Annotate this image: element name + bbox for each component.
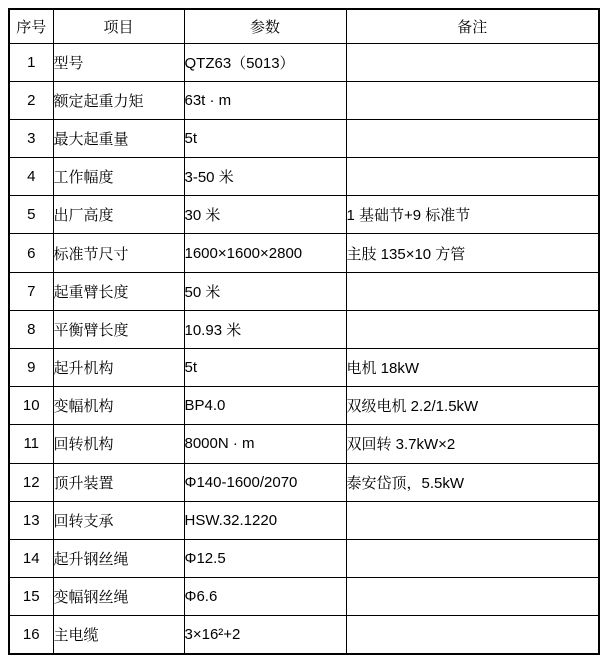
spec-table-container: 序号 项目 参数 备注 1 型号 QTZ63（5013） 2 额定起重力矩 63…: [8, 8, 600, 655]
cell-item: 型号: [53, 43, 184, 81]
cell-note: [346, 119, 599, 157]
cell-note: 双回转 3.7kW×2: [346, 425, 599, 463]
cell-serial: 2: [9, 81, 53, 119]
header-row: 序号 项目 参数 备注: [9, 9, 599, 43]
cell-note: 主肢 135×10 方管: [346, 234, 599, 272]
cell-serial: 8: [9, 310, 53, 348]
cell-item: 标准节尺寸: [53, 234, 184, 272]
cell-param: 3-50 米: [184, 158, 346, 196]
table-row: 7 起重臂长度 50 米: [9, 272, 599, 310]
cell-param: 5t: [184, 119, 346, 157]
cell-param: QTZ63（5013）: [184, 43, 346, 81]
col-header-note: 备注: [346, 9, 599, 43]
cell-serial: 12: [9, 463, 53, 501]
cell-param: 8000N · m: [184, 425, 346, 463]
table-row: 12 顶升装置 Φ140-1600/2070 泰安岱顶，5.5kW: [9, 463, 599, 501]
cell-note: 电机 18kW: [346, 349, 599, 387]
cell-item: 回转机构: [53, 425, 184, 463]
cell-serial: 1: [9, 43, 53, 81]
cell-param: 30 米: [184, 196, 346, 234]
table-row: 15 变幅钢丝绳 Φ6.6: [9, 578, 599, 616]
cell-note: [346, 501, 599, 539]
cell-serial: 13: [9, 501, 53, 539]
cell-item: 顶升装置: [53, 463, 184, 501]
table-row: 4 工作幅度 3-50 米: [9, 158, 599, 196]
cell-item: 变幅钢丝绳: [53, 578, 184, 616]
cell-note: [346, 81, 599, 119]
cell-param: HSW.32.1220: [184, 501, 346, 539]
table-row: 1 型号 QTZ63（5013）: [9, 43, 599, 81]
cell-param: Φ12.5: [184, 539, 346, 577]
cell-serial: 7: [9, 272, 53, 310]
cell-note: [346, 539, 599, 577]
cell-param: 10.93 米: [184, 310, 346, 348]
cell-serial: 4: [9, 158, 53, 196]
cell-note: [346, 310, 599, 348]
col-header-param: 参数: [184, 9, 346, 43]
cell-note: [346, 578, 599, 616]
table-row: 13 回转支承 HSW.32.1220: [9, 501, 599, 539]
table-body: 1 型号 QTZ63（5013） 2 额定起重力矩 63t · m 3 最大起重…: [9, 43, 599, 654]
table-row: 11 回转机构 8000N · m 双回转 3.7kW×2: [9, 425, 599, 463]
cell-item: 起重臂长度: [53, 272, 184, 310]
cell-serial: 6: [9, 234, 53, 272]
cell-serial: 10: [9, 387, 53, 425]
cell-param: 63t · m: [184, 81, 346, 119]
cell-param: BP4.0: [184, 387, 346, 425]
cell-serial: 15: [9, 578, 53, 616]
table-row: 14 起升钢丝绳 Φ12.5: [9, 539, 599, 577]
table-row: 3 最大起重量 5t: [9, 119, 599, 157]
cell-param: 5t: [184, 349, 346, 387]
cell-note: [346, 43, 599, 81]
table-row: 10 变幅机构 BP4.0 双级电机 2.2/1.5kW: [9, 387, 599, 425]
table-row: 2 额定起重力矩 63t · m: [9, 81, 599, 119]
col-header-item: 项目: [53, 9, 184, 43]
spec-table: 序号 项目 参数 备注 1 型号 QTZ63（5013） 2 额定起重力矩 63…: [8, 8, 600, 655]
cell-serial: 9: [9, 349, 53, 387]
cell-serial: 14: [9, 539, 53, 577]
cell-note: [346, 616, 599, 654]
cell-param: Φ6.6: [184, 578, 346, 616]
cell-note: 双级电机 2.2/1.5kW: [346, 387, 599, 425]
cell-serial: 11: [9, 425, 53, 463]
cell-item: 变幅机构: [53, 387, 184, 425]
cell-item: 回转支承: [53, 501, 184, 539]
cell-param: 50 米: [184, 272, 346, 310]
cell-item: 最大起重量: [53, 119, 184, 157]
cell-item: 工作幅度: [53, 158, 184, 196]
cell-param: 3×16²+2: [184, 616, 346, 654]
cell-item: 平衡臂长度: [53, 310, 184, 348]
cell-note: [346, 272, 599, 310]
cell-note: 泰安岱顶，5.5kW: [346, 463, 599, 501]
cell-item: 主电缆: [53, 616, 184, 654]
cell-item: 出厂高度: [53, 196, 184, 234]
cell-serial: 16: [9, 616, 53, 654]
cell-param: Φ140-1600/2070: [184, 463, 346, 501]
table-row: 9 起升机构 5t 电机 18kW: [9, 349, 599, 387]
cell-item: 额定起重力矩: [53, 81, 184, 119]
cell-item: 起升钢丝绳: [53, 539, 184, 577]
cell-serial: 5: [9, 196, 53, 234]
cell-serial: 3: [9, 119, 53, 157]
cell-note: 1 基础节+9 标准节: [346, 196, 599, 234]
table-row: 8 平衡臂长度 10.93 米: [9, 310, 599, 348]
table-row: 5 出厂高度 30 米 1 基础节+9 标准节: [9, 196, 599, 234]
cell-item: 起升机构: [53, 349, 184, 387]
col-header-serial: 序号: [9, 9, 53, 43]
table-row: 6 标准节尺寸 1600×1600×2800 主肢 135×10 方管: [9, 234, 599, 272]
cell-note: [346, 158, 599, 196]
cell-param: 1600×1600×2800: [184, 234, 346, 272]
table-row: 16 主电缆 3×16²+2: [9, 616, 599, 654]
